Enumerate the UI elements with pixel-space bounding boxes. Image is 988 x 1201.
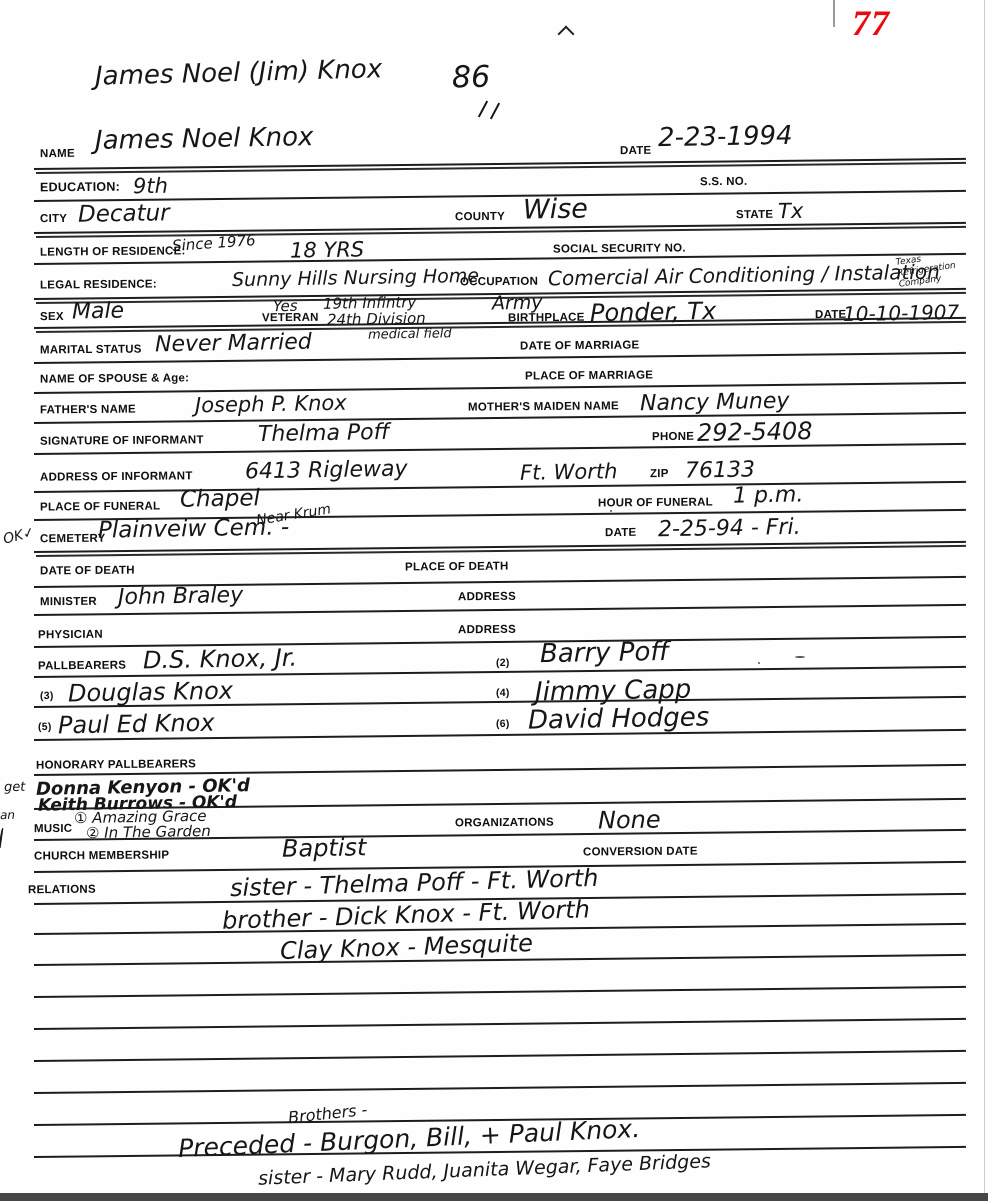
funeral-date-value: 2-25-94 - Fri. [658,515,801,542]
sex-label: SEX [40,311,64,323]
date-label: DATE [620,145,652,157]
minister-value: John Braley [118,583,244,610]
birthdate-label: DATE [815,309,847,321]
informant-address-label: ADDRESS OF INFORMANT [40,470,193,483]
minister-label: MINISTER [40,596,97,608]
cemetery-ok-margin-note: OK✓ [2,524,37,547]
birthplace-value: Ponder, Tx [590,297,717,327]
veteran-field: medical field [368,326,452,342]
veteran-branch: Army [492,292,543,315]
legal-residence-value: Sunny Hills Nursing Home [232,265,479,291]
state-label: STATE [736,209,773,221]
pen-slash-mark [478,101,488,118]
pallbearer-2-number: (2) [496,657,510,669]
organizations-value: None [598,805,661,834]
father-name-value: Joseph P. Knox [195,391,347,418]
cemetery-location-note: Near Krum [255,501,332,529]
name-value: James Noel Knox [95,122,314,156]
phone-label: PHONE [652,431,694,443]
minister-address-label: ADDRESS [458,591,516,604]
marital-status-label: MARITAL STATUS [40,344,142,357]
education-value: 9th [133,174,168,199]
veteran-label: VETERAN [262,312,319,324]
pen-caret-mark [558,26,575,43]
mother-maiden-value: Nancy Muney [640,389,790,417]
relations-label: RELATIONS [28,884,96,897]
cemetery-label: CEMETERY [40,533,106,546]
margin-note-an: an [0,808,15,822]
pallbearer-6: David Hodges [528,702,710,735]
date-value: 2-23-1994 [658,121,793,153]
spouse-label: NAME OF SPOUSE & Age: [40,372,189,385]
occupation-value: Comercial Air Conditioning / Instalation [548,260,940,291]
residence-value: 18 YRS [290,237,365,262]
veteran-division: 24th Division [327,309,426,329]
page-number: 77 [852,2,890,44]
death-place-label: PLACE OF DEATH [405,561,509,574]
occupation-label: OCCUPATION [460,276,538,289]
phone-value: 292-5408 [697,417,813,447]
pallbearer-3-number: (3) [40,690,54,702]
margin-note-get: get [4,780,26,795]
pallbearer-3: Douglas Knox [68,677,233,708]
scan-tick-mark [833,0,835,27]
scan-speck [610,510,612,512]
header-deceased-name: James Noel (Jim) Knox [95,54,383,92]
marriage-date-label: DATE OF MARRIAGE [520,339,640,352]
mother-maiden-label: MOTHER'S MAIDEN NAME [468,400,619,413]
zip-value: 76133 [685,457,755,483]
pallbearer-6-number: (6) [496,718,510,730]
funeral-place-label: PLACE OF FUNERAL [40,500,160,513]
social-security-label: SOCIAL SECURITY NO. [553,242,686,255]
state-value: Tx [778,199,804,223]
music-label: MUSIC [34,823,72,835]
scan-edge-line [984,0,985,1201]
marital-status-value: Never Married [155,330,312,358]
conversion-date-label: CONVERSION DATE [583,845,698,858]
pallbearer-2: Barry Poff [540,637,670,669]
physician-address-label: ADDRESS [458,624,516,637]
pallbearers-label: PALLBEARERS [38,660,126,673]
preceded-brothers-note: Brothers - [287,1100,368,1127]
education-label: EDUCATION: [40,180,120,195]
pen-mark [0,828,3,848]
pen-slash-mark [490,103,500,120]
scan-speck [795,656,805,658]
father-name-label: FATHER'S NAME [40,404,136,417]
informant-address-city: Ft. Worth [520,459,618,485]
funeral-date-label: DATE [605,527,637,539]
pallbearer-4-number: (4) [496,687,510,699]
informant-address-value: 6413 Rigleway [245,457,408,485]
church-membership-value: Baptist [282,833,367,862]
physician-label: PHYSICIAN [38,629,103,642]
funeral-hour-value: 1 p.m. [733,482,804,508]
legal-residence-label: LEGAL RESIDENCE: [40,278,157,291]
residence-label: LENGTH OF RESIDENCE: [40,245,186,258]
sex-value: Male [72,299,125,325]
scanned-funeral-record: 77 James Noel (Jim) Knox 86 NAME James N… [0,0,988,1201]
funeral-place-value: Chapel [180,485,260,512]
birthplace-label: BIRTHPLACE [508,312,585,325]
county-label: COUNTY [455,211,505,223]
funeral-hour-label: HOUR OF FUNERAL [598,496,713,509]
death-date-label: DATE OF DEATH [40,565,135,578]
city-label: CITY [40,213,67,225]
pallbearer-1: D.S. Knox, Jr. [143,644,298,675]
pallbearer-5: Paul Ed Knox [58,709,215,740]
music-song-2: ② In The Garden [86,822,211,842]
marriage-place-label: PLACE OF MARRIAGE [525,369,653,382]
organizations-label: ORGANIZATIONS [455,817,554,830]
city-value: Decatur [78,200,170,228]
informant-signature-label: SIGNATURE OF INFORMANT [40,434,204,447]
county-value: Wise [523,193,588,225]
honorary-pallbearers-label: HONORARY PALLBEARERS [36,758,196,771]
zip-label: ZIP [650,468,669,480]
pallbearer-5-number: (5) [38,721,52,733]
scan-speck [758,662,760,664]
scan-bottom-edge [0,1193,988,1201]
informant-signature-value: Thelma Poff [258,420,390,447]
name-label: NAME [40,148,75,160]
header-age: 86 [452,60,491,96]
ssno-label: S.S. NO. [700,176,747,188]
church-membership-label: CHURCH MEMBERSHIP [34,849,169,862]
birthdate-value: 10-10-1907 [843,300,960,326]
